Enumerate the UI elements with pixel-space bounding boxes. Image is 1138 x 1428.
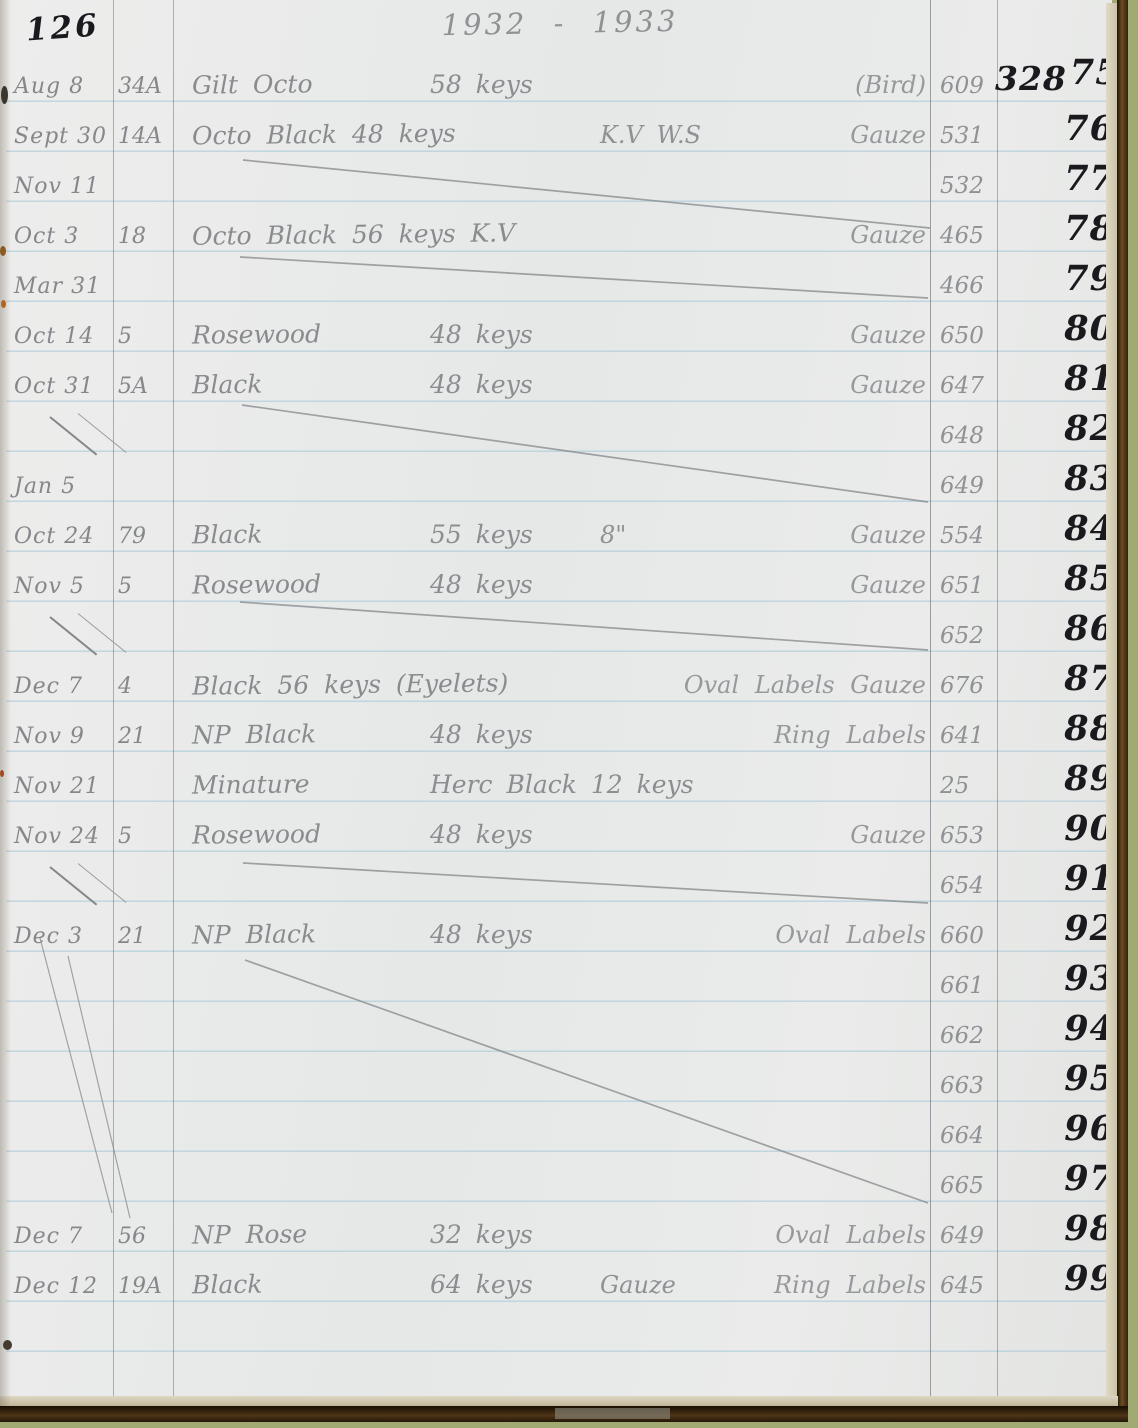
code-cell: 5 [118,824,132,849]
serial-cell: 650 [940,323,984,349]
serial-cell: 652 [940,623,984,649]
date-cell: Oct 3 [14,224,79,249]
serial-cell: 648 [940,423,984,449]
serial-cell: 649 [940,473,984,499]
ledger-row: Oct 31 5A Black 48 keys Gauze 647 81 [0,352,1138,402]
code-cell: 79 [118,524,146,549]
keys-cell: 48 keys [430,820,533,849]
date-cell: Aug 8 [14,74,84,99]
ledger-row: 662 94 [0,1002,1138,1052]
serial-cell: 661 [940,973,984,999]
serial-cell: 665 [940,1173,984,1199]
keys-cell: Herc Black 12 keys [430,770,694,799]
serial-cell: 664 [940,1123,984,1149]
description-cell: Rosewood [192,569,321,599]
ledger-row: 663 95 [0,1052,1138,1102]
description-cell: Black [192,370,263,400]
finish-note-cell: Gauze [850,371,926,399]
serial-cell: 660 [940,923,984,949]
date-cell: Nov 21 [14,774,100,799]
serial-cell: 532 [940,173,984,199]
paper-speck [3,1340,12,1350]
code-cell: 4 [118,674,132,699]
finish-note-cell: Ring Labels [774,1271,926,1299]
code-cell: 5 [118,324,132,349]
date-cell: Dec 7 [14,674,83,699]
keys-cell: 48 keys [430,320,533,349]
ledger-row: 664 96 [0,1102,1138,1152]
description-cell: NP Black [192,919,316,949]
code-cell: 19A [118,1274,162,1299]
date-cell: Nov 9 [14,724,85,749]
rows-layer: Aug 8 34A Gilt Octo 58 keys (Bird) 609 3… [0,0,1138,1428]
spine-highlight [555,1408,670,1419]
code-cell: 56 [118,1224,146,1249]
description-cell: Black [192,1270,263,1300]
detail-cell: K.V W.S [600,121,701,149]
finish-note-cell: Oval Labels Gauze [684,671,926,699]
code-cell: 21 [118,924,146,949]
finish-note-cell: (Bird) [855,71,926,99]
serial-cell: 466 [940,273,984,299]
serial-cell: 662 [940,1023,984,1049]
keys-cell: 32 keys [430,1220,533,1249]
serial-cell: 609 [940,73,984,99]
serial-cell: 641 [940,723,984,749]
paper-speck [0,770,4,777]
serial-cell: 676 [940,673,984,699]
description-cell: NP Black [192,719,316,749]
finish-note-cell: Oval Labels [775,921,926,949]
keys-cell: 58 keys [430,70,533,99]
ledger-row: Nov 24 5 Rosewood 48 keys Gauze 653 90 [0,802,1138,852]
date-cell: Dec 7 [14,1224,83,1249]
description-cell: Minature [192,769,310,799]
finish-note-cell: Gauze [850,321,926,349]
ledger-row: 665 97 [0,1152,1138,1202]
book-spine-right [1117,0,1128,1422]
ledger-row: 661 93 [0,952,1138,1002]
date-cell: Nov 24 [14,824,100,849]
ledger-row: Nov 11 532 77 [0,152,1138,202]
finish-note-cell: Gauze [850,221,926,249]
serial-cell: 554 [940,523,984,549]
date-cell: Dec 3 [14,924,83,949]
ledger-row: 654 91 [0,852,1138,902]
date-cell: Mar 31 [14,274,101,299]
code-cell: 5 [118,574,132,599]
finish-note-cell: Gauze [850,821,926,849]
ledger-row: Dec 7 56 NP Rose 32 keys Oval Labels 649… [0,1202,1138,1252]
date-cell: Oct 31 [14,374,94,399]
date-cell: Oct 14 [14,324,94,349]
serial-cell: 654 [940,873,984,899]
ledger-row: 648 82 [0,402,1138,452]
date-cell: Oct 24 [14,524,94,549]
description-cell: Black 56 keys (Eyelets) [192,668,509,700]
paper-speck [0,246,6,256]
ledger-row: Oct 14 5 Rosewood 48 keys Gauze 650 80 [0,302,1138,352]
serial-cell: 25 [940,773,969,799]
code-cell: 34A [118,74,162,99]
code-cell: 21 [118,724,146,749]
serial-cell: 645 [940,1273,984,1299]
description-cell: NP Rose [192,1219,307,1249]
finish-note-cell: Gauze [850,571,926,599]
page-gutter-shadow [0,0,11,1406]
finish-note-cell: Gauze [850,521,926,549]
serial-cell: 651 [940,573,984,599]
ledger-row: Dec 7 4 Black 56 keys (Eyelets) Oval Lab… [0,652,1138,702]
date-cell: Sept 30 [14,124,107,149]
ledger-row: Dec 12 19A Black 64 keys Gauze Ring Labe… [0,1252,1138,1302]
code-cell: 18 [118,224,146,249]
ink-prefix: 328 [995,59,1067,98]
finish-note-cell: Ring Labels [774,721,926,749]
description-cell: Octo Black 56 keys K.V [192,218,515,250]
ledger-row: Dec 3 21 NP Black 48 keys Oval Labels 66… [0,902,1138,952]
date-cell: Nov 5 [14,574,85,599]
date-cell: Dec 12 [14,1274,98,1299]
description-cell: Black [192,520,263,550]
serial-cell: 663 [940,1073,984,1099]
ledger-row: Sept 30 14A Octo Black 48 keys K.V W.S G… [0,102,1138,152]
keys-cell: 64 keys [430,1270,533,1299]
description-cell: Octo Black 48 keys [192,119,456,151]
serial-cell: 531 [940,123,984,149]
ledger-row: Aug 8 34A Gilt Octo 58 keys (Bird) 609 3… [0,52,1138,102]
serial-cell: 649 [940,1223,984,1249]
book-spine-bottom [0,1406,1128,1422]
code-cell: 5A [118,374,148,399]
serial-cell: 647 [940,373,984,399]
date-cell: Jan 5 [14,474,76,499]
ledger-row: Nov 5 5 Rosewood 48 keys Gauze 651 85 [0,552,1138,602]
description-cell: Rosewood [192,319,321,349]
serial-cell: 465 [940,223,984,249]
ledger-page-scan: 126 1932 - 1933 Aug 8 34A Gilt Octo 58 k… [0,0,1138,1428]
ledger-row: Nov 21 Minature Herc Black 12 keys 25 89 [0,752,1138,802]
code-cell: 14A [118,124,162,149]
finish-note-cell: Oval Labels [775,1221,926,1249]
detail-cell: 8" [600,521,626,549]
ledger-row: Mar 31 466 79 [0,252,1138,302]
ledger-row: Oct 3 18 Octo Black 56 keys K.V Gauze 46… [0,202,1138,252]
serial-cell: 653 [940,823,984,849]
detail-cell: Gauze [600,1271,676,1299]
finish-note-cell: Gauze [850,121,926,149]
ledger-row: Jan 5 649 83 [0,452,1138,502]
description-cell: Rosewood [192,819,321,849]
keys-cell: 48 keys [430,570,533,599]
keys-cell: 48 keys [430,370,533,399]
keys-cell: 48 keys [430,720,533,749]
keys-cell: 48 keys [430,920,533,949]
paper-speck [1,300,6,308]
date-cell: Nov 11 [14,174,100,199]
ledger-row: 652 86 [0,602,1138,652]
ink-speck [1,86,8,104]
ledger-row: Oct 24 79 Black 55 keys 8" Gauze 554 84 [0,502,1138,552]
ledger-row: Nov 9 21 NP Black 48 keys Ring Labels 64… [0,702,1138,752]
description-cell: Gilt Octo [192,69,313,99]
keys-cell: 55 keys [430,520,533,549]
